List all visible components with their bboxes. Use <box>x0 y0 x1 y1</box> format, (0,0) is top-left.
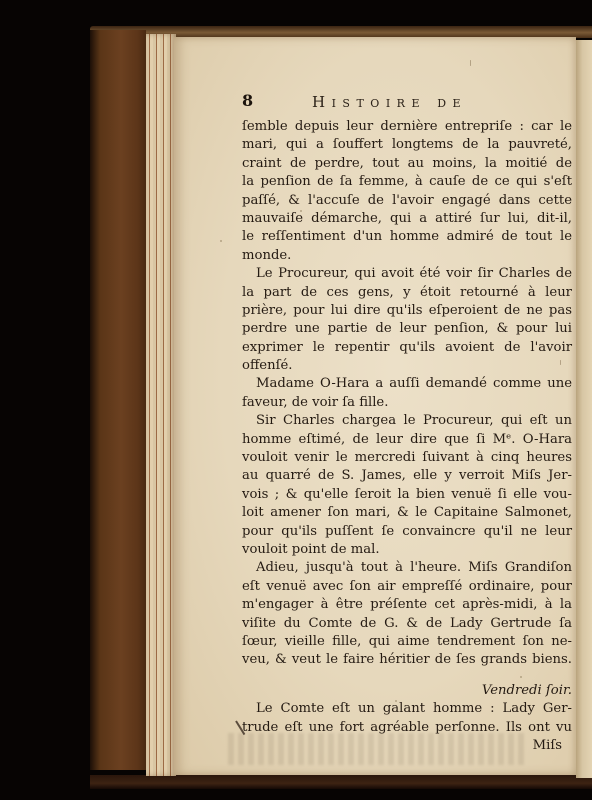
text-line: la part de ces gens, y étoit retourné à … <box>242 284 572 302</box>
paragraph: Adieu, jusqu'à tout à l'heure. Miſs Gran… <box>242 559 572 669</box>
facing-page-edge <box>576 40 592 778</box>
text-line: monde. <box>242 247 572 265</box>
page-text-block: 8 Histoire de ſemble depuis leur dernièr… <box>242 92 572 755</box>
text-line: veu, & veut le faire héritier de ſes gra… <box>242 651 572 669</box>
text-line: Adieu, jusqu'à tout à l'heure. Miſs Gran… <box>242 559 572 577</box>
text-line: trude eſt une fort agréable perſonne. Il… <box>242 719 572 737</box>
text-line: eſt venuë avec ſon air empreſſé ordinair… <box>242 578 572 596</box>
running-head-title: Histoire de <box>312 93 467 111</box>
paragraph: Madame O-Hara a auſſi demandé comme une … <box>242 375 572 412</box>
text-line: mauvaiſe démarche, qui a attiré ſur lui,… <box>242 210 572 228</box>
text-line: prière, pour lui dire qu'ils eſperoient … <box>242 302 572 320</box>
text-line: vouloit venir le mercredi ſuivant à cinq… <box>242 449 572 467</box>
paragraph: ſemble depuis leur dernière entrepriſe :… <box>242 118 572 265</box>
text-line: pour qu'ils puſſent ſe convaincre qu'il … <box>242 523 572 541</box>
text-line: vouloit point de mal. <box>242 541 572 559</box>
dateline: Vendredi ſoir. <box>242 682 572 700</box>
text-line: mari, qui a ſouffert longtems de la pauv… <box>242 136 572 154</box>
page-edges-stack <box>146 34 176 776</box>
text-line: Le Procureur, qui avoit été voir ſir Cha… <box>242 265 572 283</box>
running-head: 8 Histoire de <box>242 92 572 116</box>
text-line: Le Comte eſt un galant homme : Lady Ger- <box>242 700 572 718</box>
text-line: faveur, de voir ſa fille. <box>242 394 572 412</box>
text-line: exprimer le repentir qu'ils avoient de l… <box>242 339 572 357</box>
text-line: vois ; & qu'elle ſeroit la bien venuë ſi… <box>242 486 572 504</box>
page-number: 8 <box>242 92 253 110</box>
text-line: viſite du Comte de G. & de Lady Gertrude… <box>242 615 572 633</box>
text-line: ſœur, vieille fille, qui aime tendrement… <box>242 633 572 651</box>
scan-background: 8 Histoire de ſemble depuis leur dernièr… <box>0 0 592 800</box>
text-line: ſemble depuis leur dernière entrepriſe :… <box>242 118 572 136</box>
catchword: Miſs <box>242 737 572 755</box>
paragraph: Le Procureur, qui avoit été voir ſir Cha… <box>242 265 572 375</box>
text-line: loit amener ſon mari, & le Capitaine Sal… <box>242 504 572 522</box>
paragraph: Sir Charles chargea le Procureur, qui eſ… <box>242 412 572 559</box>
book-leather-binding <box>90 30 146 770</box>
text-line: paſſé, & l'accuſe de l'avoir engagé dans… <box>242 192 572 210</box>
text-line: Madame O-Hara a auſſi demandé comme une <box>242 375 572 393</box>
text-line: homme eſtimé, de leur dire que ſi Mᵉ. O-… <box>242 431 572 449</box>
text-line: perdre une partie de leur penſion, & pou… <box>242 320 572 338</box>
text-line: m'engager à être préſente cet après-midi… <box>242 596 572 614</box>
paper-speck <box>220 240 222 242</box>
text-line: craint de perdre, tout au moins, la moit… <box>242 155 572 173</box>
text-line: Sir Charles chargea le Procureur, qui eſ… <box>242 412 572 430</box>
paper-speck <box>470 60 471 66</box>
paragraph: Le Comte eſt un galant homme : Lady Ger-… <box>242 700 572 737</box>
text-line: offenſé. <box>242 357 572 375</box>
text-line: le reſſentiment d'un homme admiré de tou… <box>242 228 572 246</box>
book-cover-bottom-edge <box>90 775 592 789</box>
text-line: au quarré de S. James, elle y verroit Mi… <box>242 467 572 485</box>
text-line: la penſion de ſa femme, à cauſe de ce qu… <box>242 173 572 191</box>
